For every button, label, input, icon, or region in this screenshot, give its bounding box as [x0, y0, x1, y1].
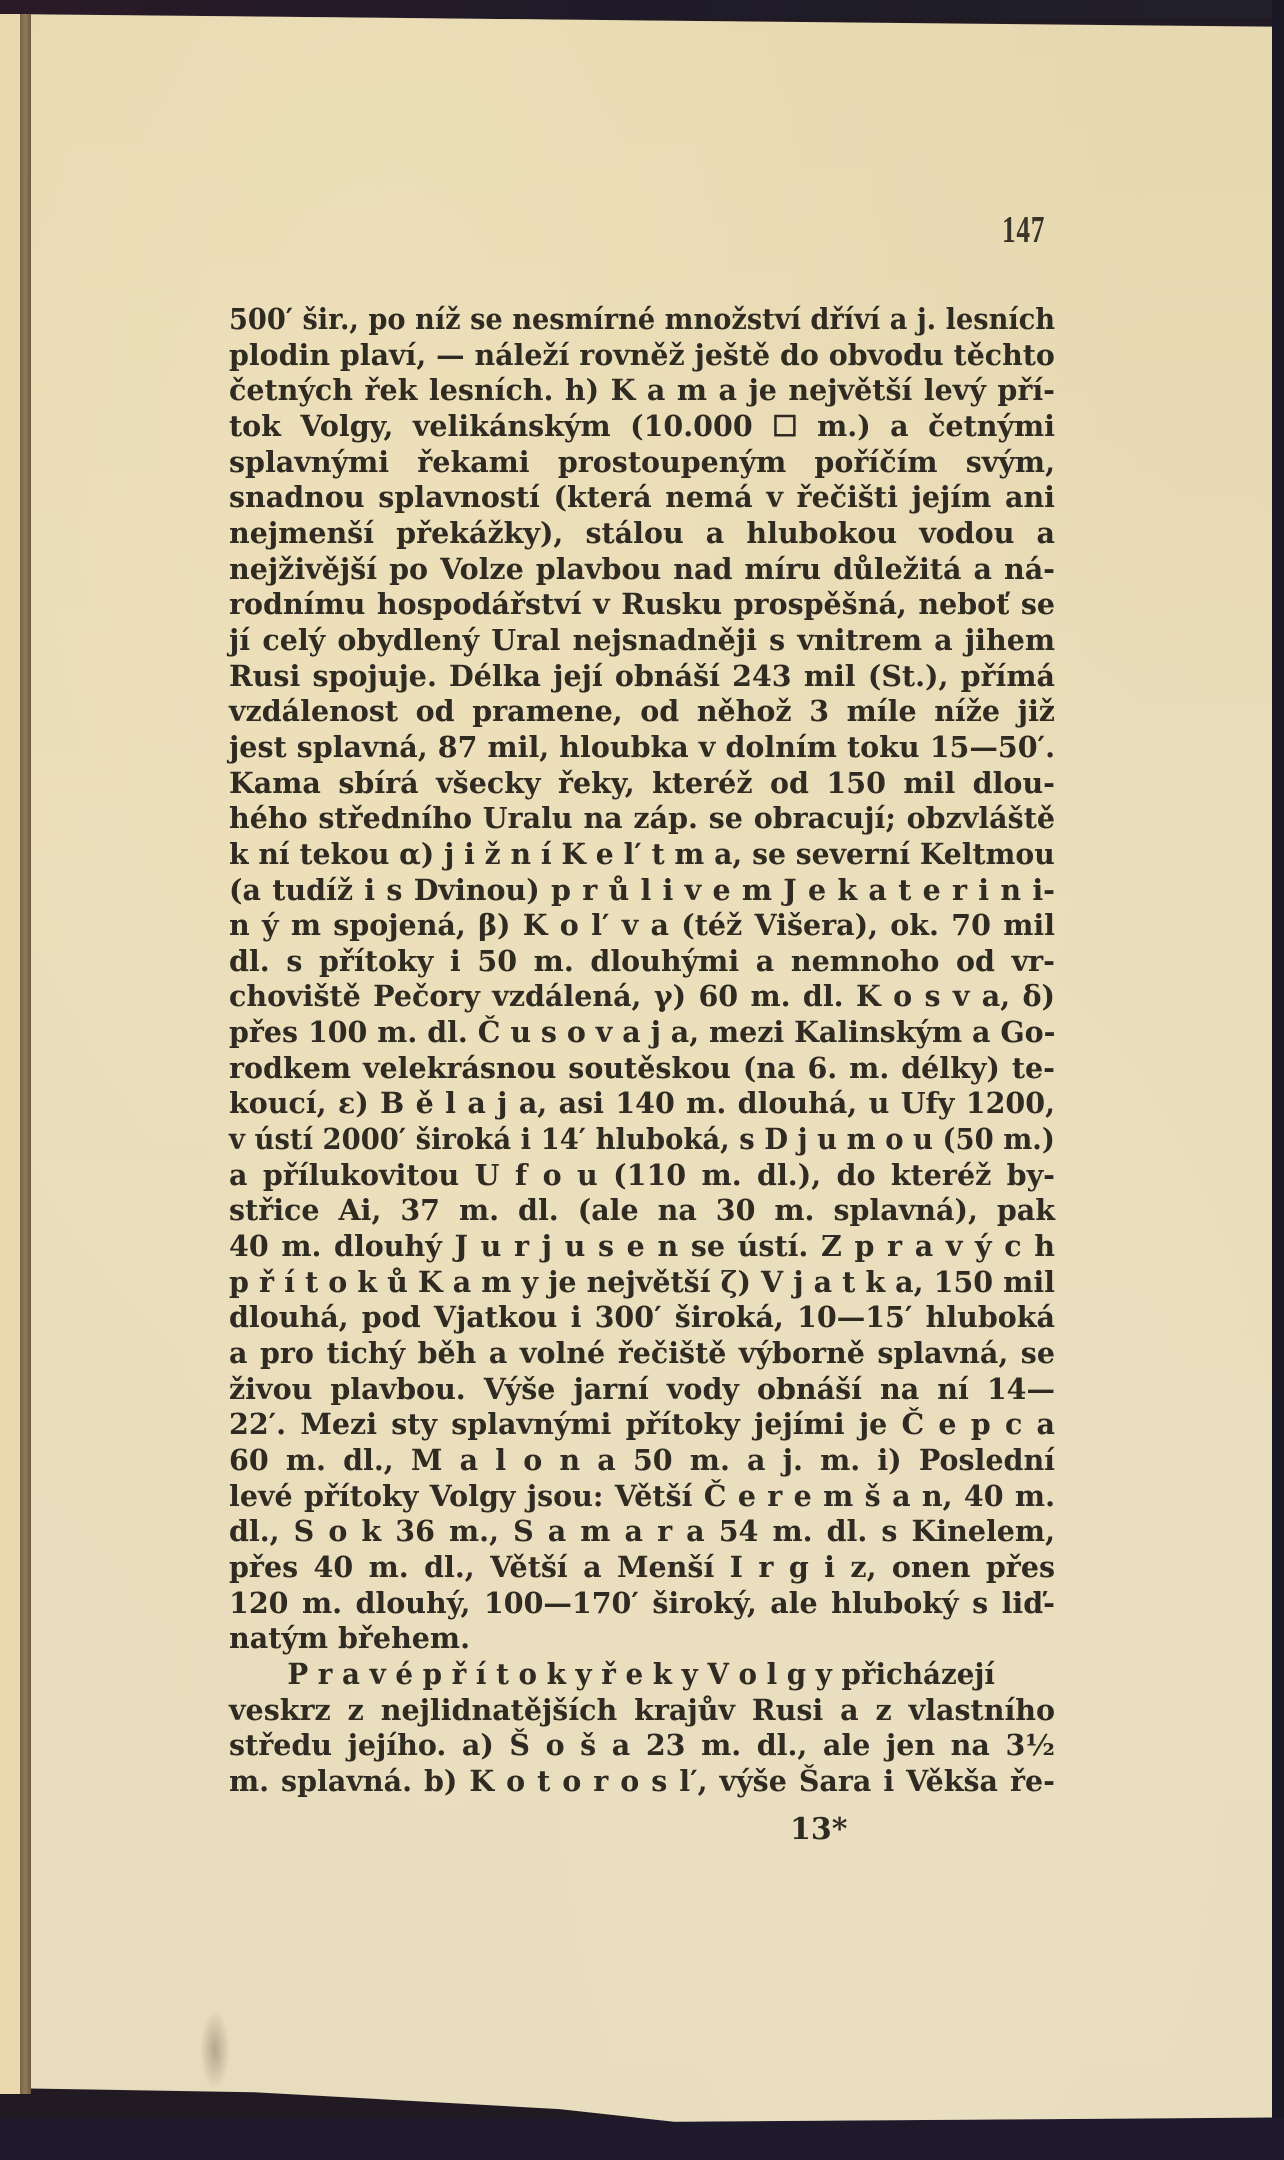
text-line: 120 m. dlouhý, 100—170′ široký, ale hlub… — [229, 1586, 1055, 1622]
previous-page-edge — [0, 14, 20, 2094]
text-line: přes 100 m. dl. Č u s o v a j a, mezi Ka… — [229, 1015, 1055, 1051]
text-line: vzdálenost od pramene, od něhož 3 míle n… — [229, 694, 1055, 730]
text-line: n ý m spojená, β) K o l′ v a (též Višera… — [229, 908, 1055, 944]
signature-mark: 13* — [790, 1812, 847, 1847]
text-line: plodin plaví, — náleží rovněž ještě do o… — [229, 338, 1055, 374]
paragraph-end-line: natým břehem. — [229, 1621, 1055, 1657]
text-line: nejmenší překážky), stálou a hlubokou vo… — [229, 516, 1055, 552]
text-line: rodkem velekrásnou soutěskou (na 6. m. d… — [229, 1051, 1055, 1087]
text-line: levé přítoky Volgy jsou: Větší Č e r e m… — [229, 1479, 1055, 1515]
text-line: snadnou splavností (která nemá v řečišti… — [229, 480, 1055, 516]
text-line: rodnímu hospodářství v Rusku prospěšná, … — [229, 587, 1055, 623]
text-line: živou plavbou. Výše jarní vody obnáší na… — [229, 1372, 1055, 1408]
text-line: nejživější po Volze plavbou nad míru důl… — [229, 552, 1055, 588]
text-line: m. splavná. b) K o t o r o s l′, výše Ša… — [229, 1764, 1055, 1800]
paper-stain — [200, 2010, 230, 2090]
text-line: hého středního Uralu na záp. se obracují… — [229, 801, 1055, 837]
text-line: jest splavná, 87 mil, hloubka v dolním t… — [229, 730, 1055, 766]
text-line: četných řek lesních. h) K a m a je nejvě… — [229, 373, 1055, 409]
text-line: p ř í t o k ů K a m y je největší ζ) V j… — [229, 1265, 1055, 1301]
text-line: Kama sbírá všecky řeky, kteréž od 150 mi… — [229, 766, 1055, 802]
text-line: středu jejího. a) Š o š a 23 m. dl., ale… — [229, 1728, 1055, 1764]
paragraph-start-line: P r a v é p ř í t o k y ř e k y V o l g … — [229, 1657, 1053, 1693]
text-line: a pro tichý běh a volné řečiště výborně … — [229, 1336, 1055, 1372]
text-line: 500′ šir., po níž se nesmírné množství d… — [229, 302, 1055, 338]
page-number: 147 — [1002, 208, 1045, 252]
text-line: střice Ai, 37 m. dl. (ale na 30 m. splav… — [229, 1193, 1055, 1229]
text-line: dl., S o k 36 m., S a m a r a 54 m. dl. … — [229, 1514, 1055, 1550]
text-line: (a tudíž i s Dvinou) p r ů l i v e m J e… — [229, 873, 1055, 909]
text-line: k ní tekou α) j i ž n í K e l′ t m a, se… — [229, 837, 1055, 873]
text-line: dl. s přítoky i 50 m. dlouhými a nemnoho… — [229, 944, 1055, 980]
text-line: Rusi spojuje. Délka její obnáší 243 mil … — [229, 659, 1055, 695]
binding-gutter-line — [20, 14, 31, 2094]
scan-right-border — [1272, 0, 1284, 2160]
text-line: 60 m. dl., M a l o n a 50 m. a j. m. i) … — [229, 1443, 1055, 1479]
text-line: koucí, ε) B ě l a j a, asi 140 m. dlouhá… — [229, 1086, 1055, 1122]
text-line: 22′. Mezi sty splavnými přítoky jejími j… — [229, 1407, 1055, 1443]
body-text: 500′ šir., po níž se nesmírné množství d… — [229, 302, 1055, 1800]
text-line: a přílukovitou U f o u (110 m. dl.), do … — [229, 1158, 1055, 1194]
text-line: dlouhá, pod Vjatkou i 300′ široká, 10—15… — [229, 1300, 1055, 1336]
text-line: choviště Pečory vzdálená, γ) 60 m. dl. K… — [229, 979, 1055, 1015]
text-line: tok Volgy, velikánským (10.000 ☐ m.) a č… — [229, 409, 1055, 445]
text-line: přes 40 m. dl., Větší a Menší I r g i z,… — [229, 1550, 1055, 1586]
text-line: v ústí 2000′ široká i 14′ hluboká, s D j… — [229, 1122, 1055, 1158]
text-line: splavnými řekami prostoupeným poříčím sv… — [229, 445, 1055, 481]
text-line: 40 m. dlouhý J u r j u s e n se ústí. Z … — [229, 1229, 1055, 1265]
text-line: jí celý obydlený Ural nejsnadněji s vnit… — [229, 623, 1055, 659]
scan-top-border — [0, 0, 1284, 18]
text-line: veskrz z nejlidnatějších krajův Rusi a z… — [229, 1693, 1055, 1729]
scan-bottom-border — [0, 2118, 1284, 2160]
